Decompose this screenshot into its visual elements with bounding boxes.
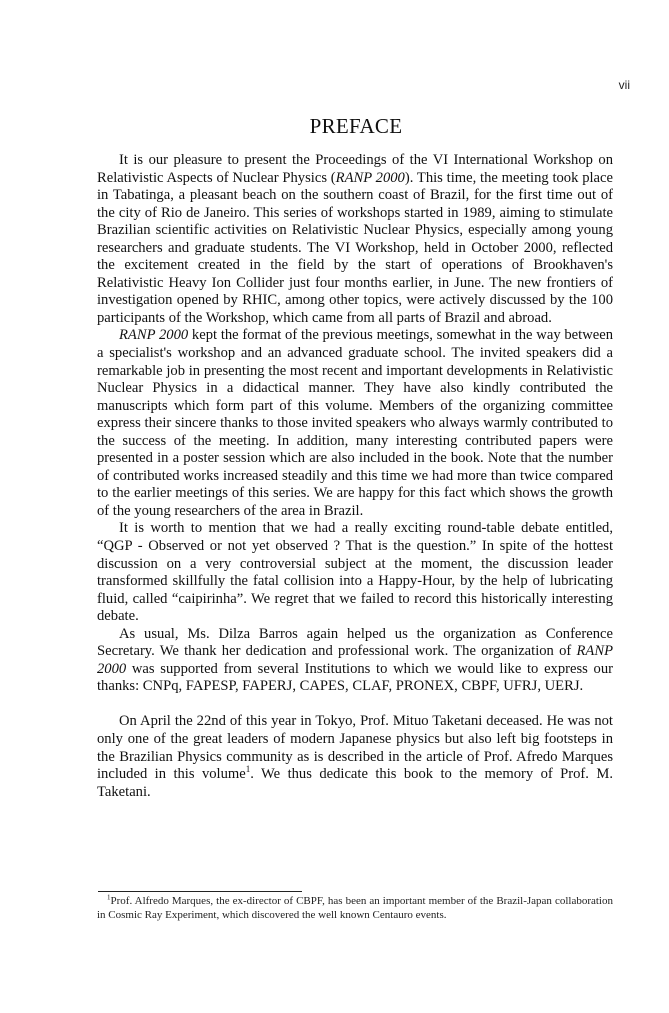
page-number: vii [600, 78, 630, 92]
paragraph-intro: It is our pleasure to present the Procee… [97, 152, 613, 327]
conference-acronym: RANP 2000 [119, 327, 188, 343]
page-title: PREFACE [96, 114, 616, 139]
footnote-divider [98, 891, 302, 892]
footnote-text: Prof. Alfredo Marques, the ex-director o… [97, 895, 613, 921]
document-page: vii PREFACE It is our pleasure to presen… [0, 0, 669, 1013]
paragraph-acknowledgements: As usual, Ms. Dilza Barros again helped … [97, 626, 613, 696]
preface-body: It is our pleasure to present the Procee… [97, 152, 613, 801]
footnote: 1Prof. Alfredo Marques, the ex-director … [97, 895, 613, 922]
paragraph-debate: It is worth to mention that we had a rea… [97, 520, 613, 625]
paragraph-dedication: On April the 22nd of this year in Tokyo,… [97, 713, 613, 801]
paragraph-format: RANP 2000 kept the format of the previou… [97, 327, 613, 520]
conference-acronym: RANP 2000 [336, 170, 405, 186]
